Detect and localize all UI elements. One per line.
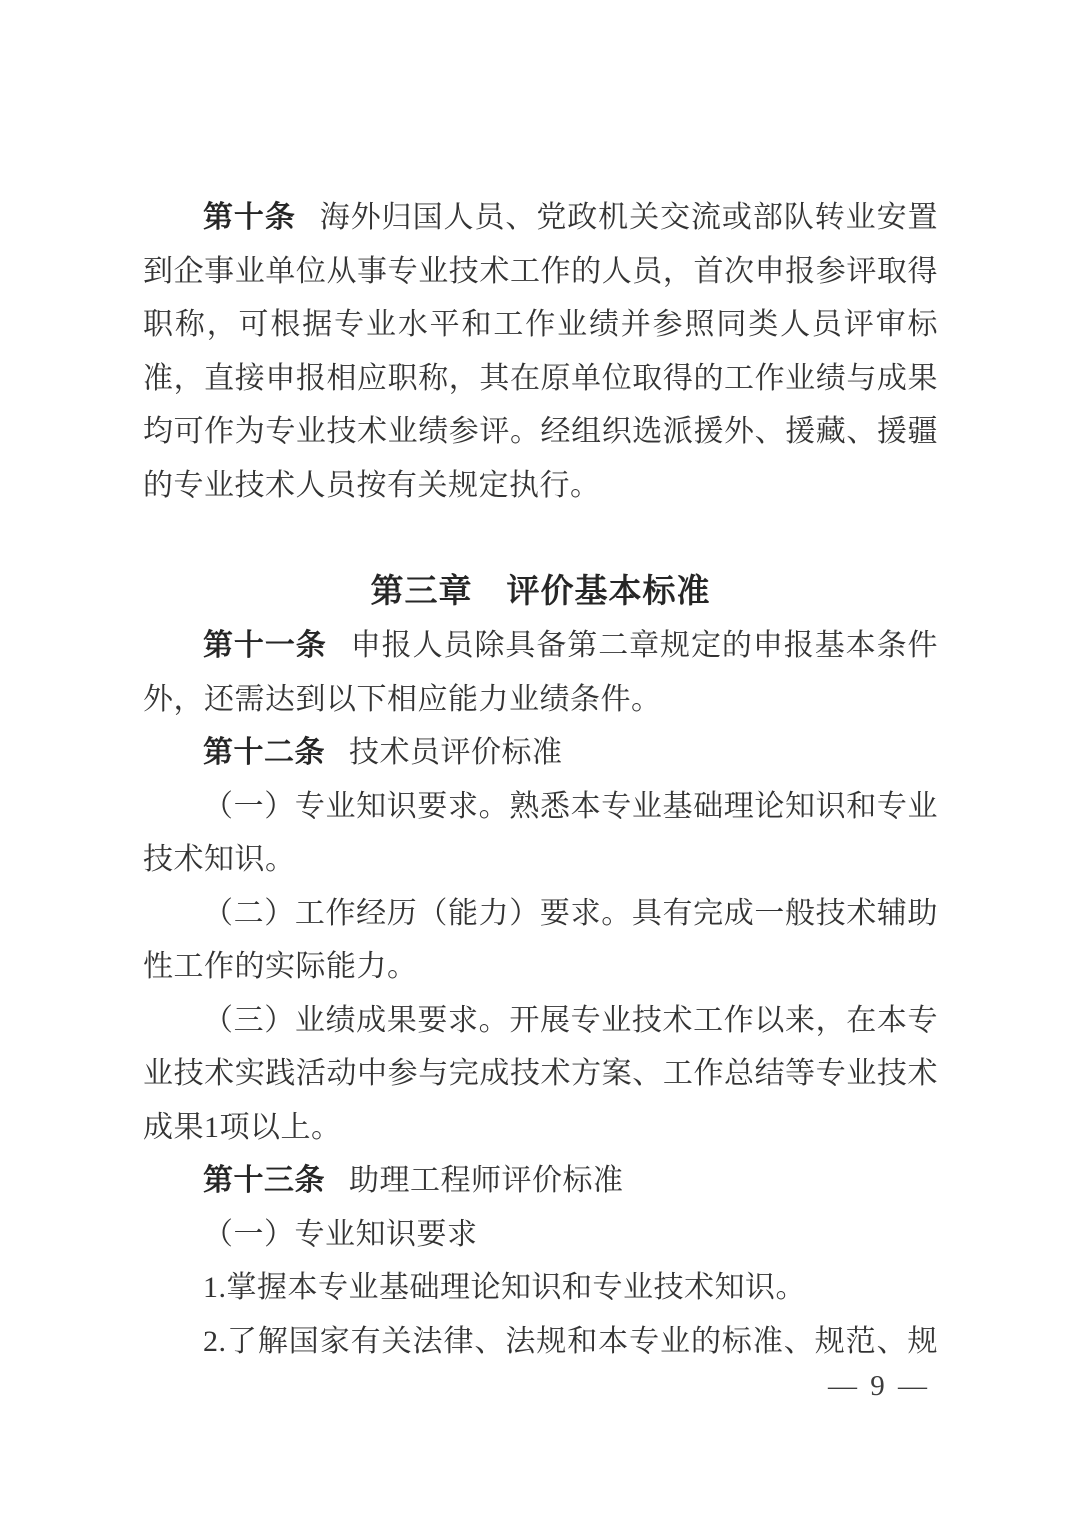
article-paragraph: 第十一条申报人员除具备第二章规定的申报基本条件外，还需达到以下相应能力业绩条件。 <box>143 619 938 726</box>
article-paragraph: 第十二条技术员评价标准 <box>143 726 938 780</box>
paragraph-text: 1.掌握本专业基础理论知识和专业技术知识。 <box>203 1271 806 1304</box>
item-paragraph: （一）专业知识要求。熟悉本专业基础理论知识和专业技术知识。 <box>143 780 938 887</box>
item-label: （二）工作经历（能力）要求。 <box>203 897 632 930</box>
chapter-heading: 第三章 评价基本标准 <box>143 566 938 620</box>
item-label: （一）专业知识要求。 <box>203 790 509 823</box>
article-number: 第十条 <box>203 201 296 234</box>
article-number: 第十一条 <box>203 629 327 662</box>
article-number: 第十三条 <box>203 1164 325 1197</box>
page-number: — 9 — <box>828 1370 930 1403</box>
article-paragraph: 第十三条助理工程师评价标准 <box>143 1154 938 1208</box>
numbered-paragraph: 2.了解国家有关法律、法规和本专业的标准、规范、规 <box>143 1315 938 1369</box>
chapter-title-text: 第三章 评价基本标准 <box>371 574 711 610</box>
numbered-paragraph: 1.掌握本专业基础理论知识和专业技术知识。 <box>143 1261 938 1315</box>
item-paragraph: （一）专业知识要求 <box>143 1208 938 1262</box>
item-paragraph: （三）业绩成果要求。开展专业技术工作以来，在本专业技术实践活动中参与完成技术方案… <box>143 994 938 1155</box>
paragraph-text: 助理工程师评价标准 <box>349 1164 624 1197</box>
document-page: 第十条海外归国人员、党政机关交流或部队转业安置到企事业单位从事专业技术工作的人员… <box>0 0 1080 1527</box>
paragraph-text: 2.了解国家有关法律、法规和本专业的标准、规范、规 <box>203 1325 938 1358</box>
paragraph-text: 海外归国人员、党政机关交流或部队转业安置到企事业单位从事专业技术工作的人员，首次… <box>143 201 938 502</box>
article-paragraph: 第十条海外归国人员、党政机关交流或部队转业安置到企事业单位从事专业技术工作的人员… <box>143 191 938 512</box>
document-body: 第十条海外归国人员、党政机关交流或部队转业安置到企事业单位从事专业技术工作的人员… <box>143 191 938 1368</box>
item-label: （一）专业知识要求 <box>203 1218 478 1251</box>
paragraph-text: 技术员评价标准 <box>349 736 563 769</box>
item-label: （三）业绩成果要求。 <box>203 1004 509 1037</box>
item-paragraph: （二）工作经历（能力）要求。具有完成一般技术辅助性工作的实际能力。 <box>143 887 938 994</box>
article-number: 第十二条 <box>203 736 325 769</box>
